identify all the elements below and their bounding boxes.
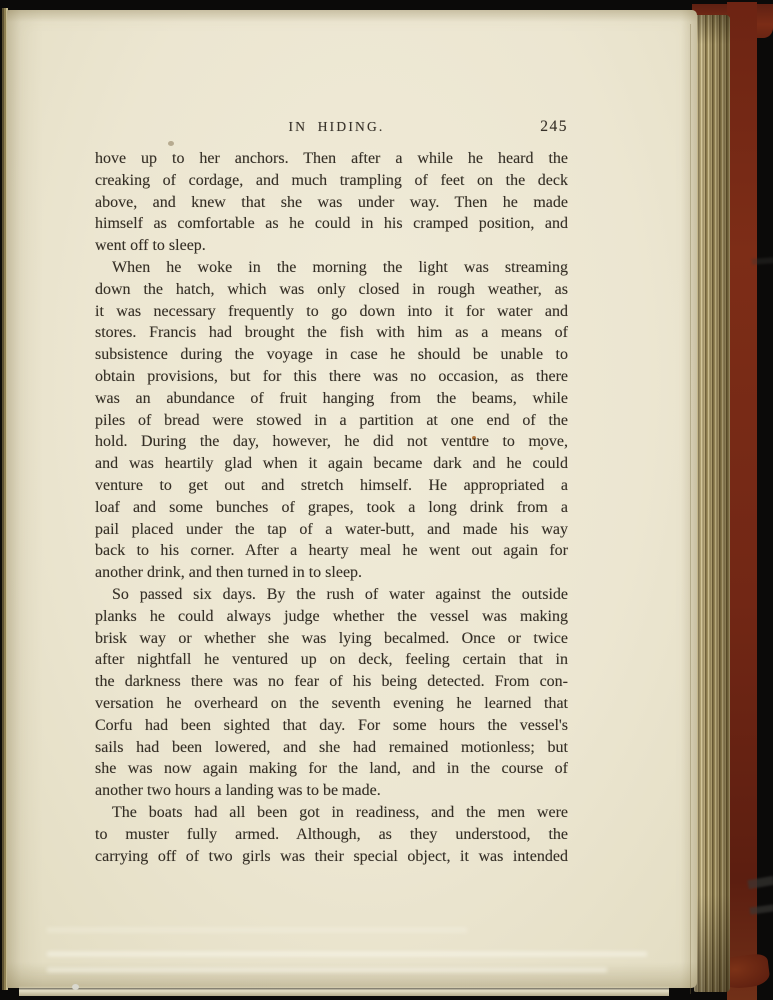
text-line: sails had been lowered, and she had rema… [95,739,568,761]
text-line: was an abundance of fruit hanging from t… [95,390,568,412]
page-edges-stack [694,15,730,992]
dust-speck [168,141,174,146]
running-title: IN HIDING. [289,119,385,135]
text-line: and was heartily glad when it again beca… [95,455,568,477]
text-line: another two hours a landing was to be ma… [95,782,568,804]
text-line: back to his corner. After a hearty meal … [95,542,568,564]
text-line: down the hatch, which was only closed in… [95,281,568,303]
text-line: stores. Francis had brought the fish wit… [95,324,568,346]
page-number: 245 [540,118,568,136]
text-line: obtain provisions, but for this there wa… [95,368,568,390]
text-line: So passed six days. By the rush of water… [95,586,568,608]
text-line: to muster fully armed. Although, as they… [95,826,568,848]
scanned-book-photo: IN HIDING. 245 hove up to her anchors. T… [0,0,773,1000]
text-line: loaf and some bunches of grapes, took a … [95,499,568,521]
text-line: hold. During the day, however, he did no… [95,433,568,455]
text-line: piles of bread were stowed in a partitio… [95,412,568,434]
text-line: after nightfall he ventured up on deck, … [95,651,568,673]
background-streak [752,257,773,265]
text-line: When he woke in the morning the light wa… [95,259,568,281]
page-header: IN HIDING. 245 [95,119,568,137]
text-line: planks he could always judge whether the… [95,608,568,630]
text-line: subsistence during the voyage in case he… [95,346,568,368]
text-line: carrying off of two girls was their spec… [95,848,568,870]
text-line: another drink, and then turned in to sle… [95,564,568,586]
page-curl-highlight [47,968,607,972]
book-cover-spine-edge [727,2,757,1000]
page-crease-line [690,24,691,994]
text-line: The boats had all been got in readiness,… [95,804,568,826]
text-line: pail placed under the tap of a water-but… [95,521,568,543]
page-bottom-edge [19,986,669,996]
text-line: creaking of cordage, and much trampling … [95,172,568,194]
text-line: it was necessary frequently to go down i… [95,303,568,325]
text-line: Corfu had been sighted that day. For som… [95,717,568,739]
text-line: the darkness there was no fear of his be… [95,673,568,695]
text-line: venture to get out and stretch himself. … [95,477,568,499]
text-line: versation he overheard on the seventh ev… [95,695,568,717]
text-line: above, and knew that she was under way. … [95,194,568,216]
text-line: went off to sleep. [95,237,568,259]
text-line: hove up to her anchors. Then after a whi… [95,150,568,172]
text-line: himself as comfortable as he could in hi… [95,215,568,237]
page-curl-highlight [47,952,647,956]
body-text: hove up to her anchors. Then after a whi… [95,150,568,869]
dust-speck [72,984,79,990]
text-line: she was now again making for the land, a… [95,760,568,782]
page-curl-highlight [47,928,467,932]
text-line: brisk way or whether she was lying becal… [95,630,568,652]
